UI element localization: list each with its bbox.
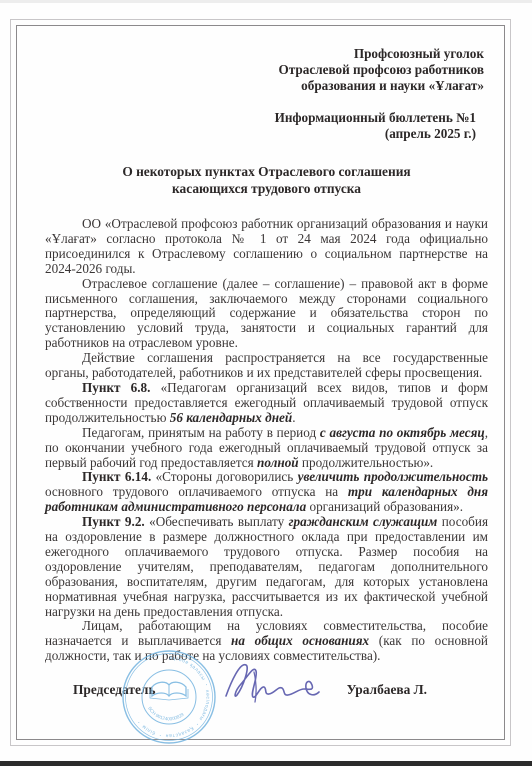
scan-bottom-edge (0, 761, 532, 766)
org-header-line-3: образования и науки «Ұлағат» (45, 78, 484, 94)
scan-top-edge (0, 0, 532, 3)
paragraph-point-9-2: Пункт 9.2. «Обеспечивать выплату граждан… (45, 515, 488, 619)
document-title: О некоторых пунктах Отраслевого соглашен… (45, 164, 488, 197)
bulletin-date: (апрель 2025 г.) (45, 126, 476, 142)
signature-handwriting (220, 652, 332, 710)
paragraph-point-6-8: Пункт 6.8. «Педагогам организаций всех в… (45, 381, 488, 426)
paragraph-point-6-14: Пункт 6.14. «Стороны договорились увелич… (45, 470, 488, 515)
document-title-line-1: О некоторых пунктах Отраслевого соглашен… (45, 164, 488, 181)
open-book-icon (150, 682, 188, 700)
org-header-line-1: Профсоюзный уголок (45, 46, 484, 62)
bulletin-header: Информационный бюллетень №1 (апрель 2025… (45, 110, 488, 142)
paragraph-scope: Действие соглашения распространяется на … (45, 351, 488, 381)
paragraph-point-6-8-cont: Педагогам, принятым на работу в период с… (45, 426, 488, 471)
svg-text:Ақтөбе қаласы ・ кәсіподағы ・ Қ: Ақтөбе қаласы ・ кәсіподағы ・ Қазақстан ・… (135, 655, 210, 738)
document-body: ОО «Отраслевой профсоюз работник организ… (45, 217, 488, 664)
paragraph-definition: Отраслевое соглашение (далее – соглашени… (45, 277, 488, 352)
document-title-line-2: касающихся трудового отпуска (45, 181, 488, 198)
stamp-ring-text: Ақтөбе қаласы ・ кәсіподағы ・ Қазақстан ・… (135, 655, 210, 738)
chairman-name: Уралбаева Л. (347, 682, 427, 698)
org-header: Профсоюзный уголок Отраслевой профсоюз р… (45, 46, 488, 94)
paragraph-intro: ОО «Отраслевой профсоюз работник организ… (45, 217, 488, 277)
document-content: Профсоюзный уголок Отраслевой профсоюз р… (45, 46, 488, 664)
document-page: Профсоюзный уголок Отраслевой профсоюз р… (0, 0, 532, 768)
round-stamp: Ақтөбе қаласы ・ кәсіподағы ・ Қазақстан ・… (120, 648, 218, 746)
org-header-line-2: Отраслевой профсоюз работников (45, 62, 484, 78)
bulletin-title: Информационный бюллетень №1 (45, 110, 476, 126)
